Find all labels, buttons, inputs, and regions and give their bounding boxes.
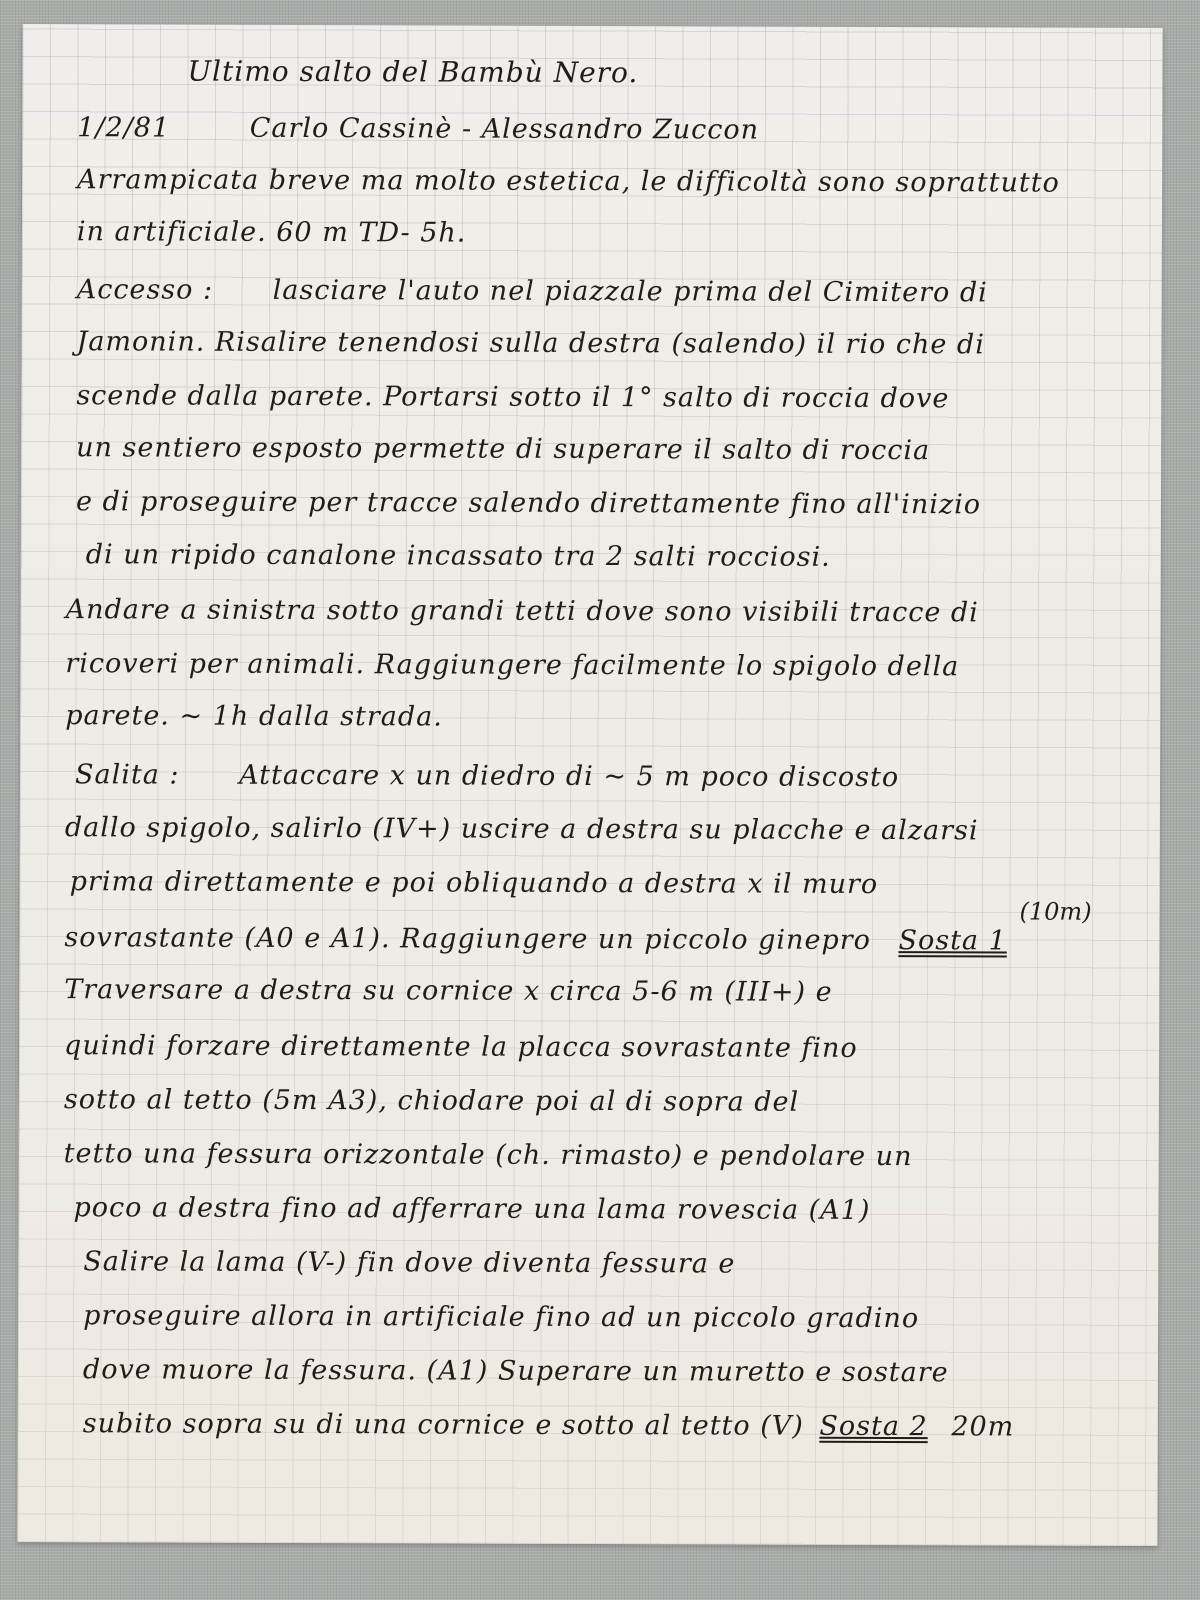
access-line: Andare a sinistra sotto grandi tetti dov… [66,594,979,628]
pitch-2-label: Sosta 2 [819,1411,927,1442]
intro-line: Arrampicata breve ma molto estetica, le … [77,164,1060,198]
climb-line: dallo spigolo, salirlo (IV+) uscire a de… [65,812,979,846]
access-line: Accesso : lasciare l'auto nel piazzale p… [77,274,988,308]
access-line: parete. ~ 1h dalla strada. [65,700,443,732]
date: 1/2/81 [77,112,170,143]
climb-line: prima direttamente e poi obliquando a de… [70,866,879,900]
access-line: di un ripido canalone incassato tra 2 sa… [86,539,831,573]
climb-line: sovrastante (A0 e A1). Raggiungere un pi… [64,922,1006,956]
climb-line: dove muore la fessura. (A1) Superare un … [83,1354,949,1388]
climb-line: sotto al tetto (5m A3), chiodare poi al … [64,1084,799,1118]
intro-line: in artificiale. 60 m TD- 5h. [77,216,467,248]
access-label: Accesso : [77,274,213,305]
document-title: Ultimo salto del Bambù Nero. [187,55,638,90]
climb-line: proseguire allora in artificiale fino ad… [83,1300,919,1334]
header-line: 1/2/81 Carlo Cassinè - Alessandro Zuccon [77,112,759,145]
climb-text: sovrastante (A0 e A1). Raggiungere un pi… [64,922,871,956]
climb-text: Attaccare x un diedro di ~ 5 m poco disc… [239,760,899,793]
access-line: un sentiero esposto permette di superare… [76,432,930,466]
climb-line: quindi forzare direttamente la placca so… [64,1030,858,1064]
pitch-1-label: Sosta 1 [898,925,1006,956]
pitch-1-length: (10m) [1020,898,1092,926]
climb-line: subito sopra su di una cornice e sotto a… [83,1408,1015,1442]
access-line: scende dalla parete. Portarsi sotto il 1… [76,380,949,414]
climb-line: Salire la lama (V-) fin dove diventa fes… [83,1246,735,1279]
climb-line: poco a destra fino ad afferrare una lama… [73,1192,870,1226]
climb-label: Salita : [75,759,180,790]
access-text: lasciare l'auto nel piazzale prima del C… [273,275,988,308]
access-line: Jamonin. Risalire tenendosi sulla destra… [76,326,984,360]
pitch-2-length: 20m [951,1411,1014,1442]
climb-line: Salita : Attaccare x un diedro di ~ 5 m … [75,759,899,793]
climb-line: tetto una fessura orizzontale (ch. rimas… [64,1138,913,1172]
climb-line: Traversare a destra su cornice x circa 5… [64,974,833,1008]
access-line: e di proseguire per tracce salendo diret… [76,486,981,520]
authors: Carlo Cassinè - Alessandro Zuccon [250,113,759,146]
notebook-page: Ultimo salto del Bambù Nero. 1/2/81 Carl… [17,24,1162,1546]
access-line: ricoveri per animali. Raggiungere facilm… [65,648,959,682]
climb-text: subito sopra su di una cornice e sotto a… [83,1408,804,1442]
